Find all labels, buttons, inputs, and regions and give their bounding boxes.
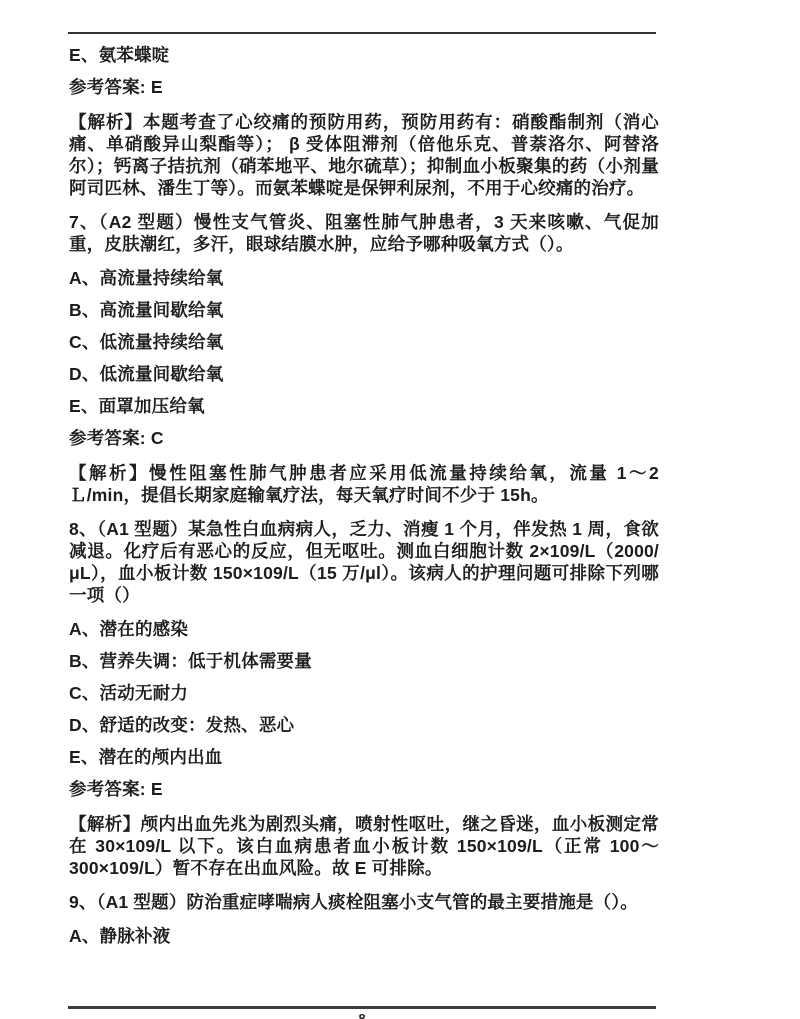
question-9-stem: 9、（A1 型题）防治重症哮喘病人痰栓阻塞小支气管的最主要措施是（）。 — [69, 891, 659, 913]
question-7-options: A、高流量持续给氧 B、高流量间歇给氧 C、低流量持续给氧 D、低流量间歇给氧 … — [69, 267, 659, 417]
page-header-rule — [68, 32, 656, 34]
question-9-options: A、静脉补液 — [69, 925, 659, 947]
page-footer-rule — [68, 1006, 656, 1009]
question-8-options: A、潜在的感染 B、营养失调：低于机体需要量 C、活动无耐力 D、舒适的改变：发… — [69, 618, 659, 768]
question-7-option-d: D、低流量间歇给氧 — [69, 363, 659, 385]
page-content: E、氨苯蝶啶 参考答案: E 【解析】本题考查了心绞痛的预防用药，预防用药有：硝… — [69, 44, 659, 957]
question-8-stem: 8、（A1 型题）某急性白血病病人，乏力、消瘦 1 个月，伴发热 1 周，食欲减… — [69, 518, 659, 606]
page-number: 8 — [68, 1011, 656, 1019]
question-7-option-a: A、高流量持续给氧 — [69, 267, 659, 289]
question-8-option-b: B、营养失调：低于机体需要量 — [69, 650, 659, 672]
question-7-analysis: 【解析】慢性阻塞性肺气肿患者应采用低流量持续给氧，流量 1～2 Ｌ/min，提倡… — [69, 462, 659, 506]
question-7-answer: 参考答案: C — [69, 427, 659, 449]
question-8-option-a: A、潜在的感染 — [69, 618, 659, 640]
question-8-answer: 参考答案: E — [69, 778, 659, 800]
question-8-analysis: 【解析】颅内出血先兆为剧烈头痛，喷射性呕吐，继之昏迷，血小板测定常在 30×10… — [69, 813, 659, 879]
question-7-option-c: C、低流量持续给氧 — [69, 331, 659, 353]
question-8-option-d: D、舒适的改变：发热、恶心 — [69, 714, 659, 736]
prev-question-answer: 参考答案: E — [69, 76, 659, 98]
prev-question-analysis: 【解析】本题考查了心绞痛的预防用药，预防用药有：硝酸酯制剂（消心痛、单硝酸异山梨… — [69, 111, 659, 199]
question-8-option-c: C、活动无耐力 — [69, 682, 659, 704]
document-page: E、氨苯蝶啶 参考答案: E 【解析】本题考查了心绞痛的预防用药，预防用药有：硝… — [0, 0, 800, 1019]
prev-question-option-e: E、氨苯蝶啶 — [69, 44, 659, 66]
question-7-stem: 7、（A2 型题）慢性支气管炎、阻塞性肺气肿患者，3 天来咳嗽、气促加重，皮肤潮… — [69, 211, 659, 255]
question-7-option-b: B、高流量间歇给氧 — [69, 299, 659, 321]
question-7-option-e: E、面罩加压给氧 — [69, 395, 659, 417]
question-9-option-a: A、静脉补液 — [69, 925, 659, 947]
question-8-option-e: E、潜在的颅内出血 — [69, 746, 659, 768]
